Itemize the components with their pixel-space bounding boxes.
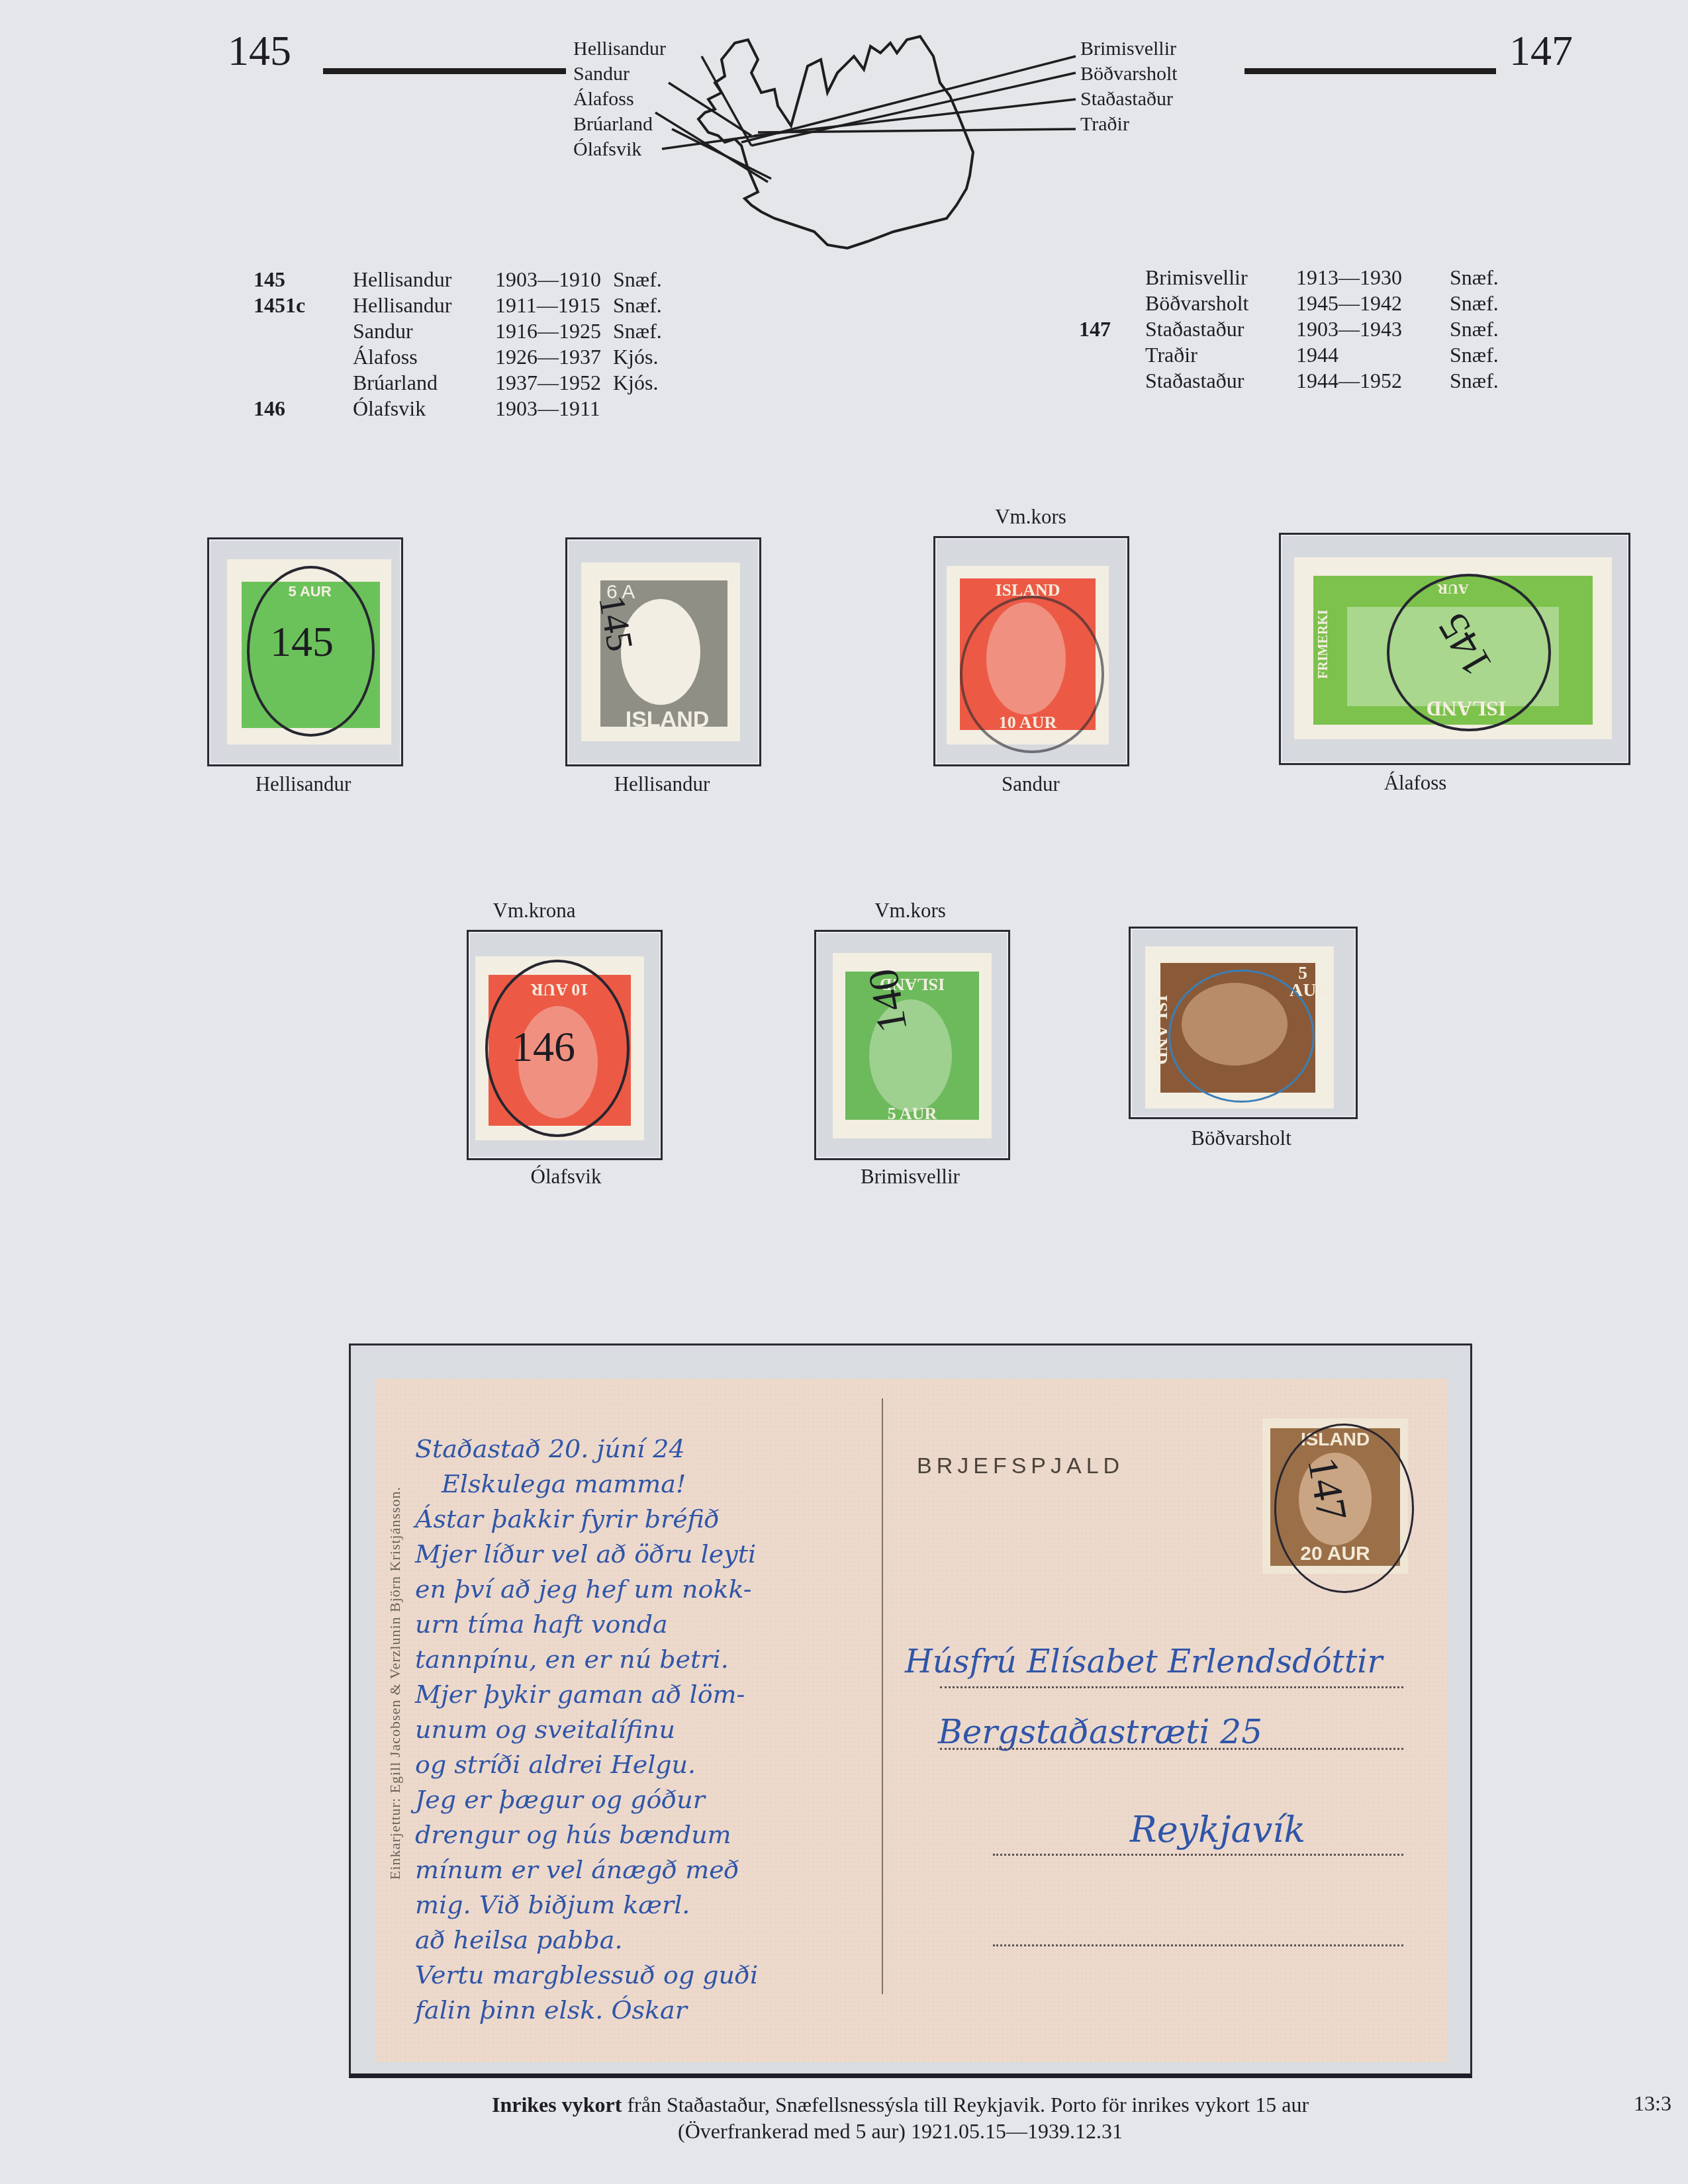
page-number-right: 147 xyxy=(1509,26,1573,75)
map-label: Böðvarsholt xyxy=(1080,62,1178,87)
stamp-caption: Ólafsvik xyxy=(531,1165,602,1189)
postmark-table-left: 145Hellisandur1903—1910Snæf. 1451cHellis… xyxy=(254,267,662,422)
postcard: Einkarjettur: Egill Jacobsen & Verzlunin… xyxy=(375,1379,1448,2062)
stamp-alafoss: ISLAND AUR FRIMERKI 145 xyxy=(1294,557,1612,739)
table-row: 145Hellisandur1903—1910Snæf. xyxy=(254,267,662,293)
table-row: 147Staðastaður1903—1943Snæf. xyxy=(1079,316,1499,342)
card-divider xyxy=(882,1398,883,1994)
stamp-sandur-10-aur: ISLAND 10 AUR xyxy=(947,566,1109,745)
stamp-caption: Böðvarsholt xyxy=(1191,1126,1291,1150)
address-rule xyxy=(940,1748,1403,1750)
watermark-note: Vm.kors xyxy=(995,505,1066,529)
map-label: Brimisvellir xyxy=(1080,36,1178,62)
address-line: Bergstaðastræti 25 xyxy=(938,1713,1262,1751)
address-rule xyxy=(993,1944,1403,1946)
postcard-caption: Inrikes vykort från Staðastaður, Snæfell… xyxy=(371,2091,1430,2144)
publisher-imprint: Einkarjettur: Egill Jacobsen & Verzlunin… xyxy=(387,1385,404,1981)
caption-bold: Inrikes vykort xyxy=(492,2093,622,2116)
watermark-note: Vm.kors xyxy=(874,899,946,923)
postcard-stamp-20-aur: ISLAND 20 AUR 147 xyxy=(1262,1418,1408,1574)
card-title: BRJEFSPJALD xyxy=(917,1453,1124,1479)
address-line: Húsfrú Elísabet Erlendsdóttir xyxy=(905,1643,1382,1680)
table-row: Brúarland1937—1952Kjós. xyxy=(254,370,662,396)
stamp-caption: Sandur xyxy=(1002,772,1060,796)
cancel-number: 146 xyxy=(512,1023,575,1071)
iceland-map-icon xyxy=(635,20,1086,258)
stamp-caption: Hellisandur xyxy=(256,772,352,796)
stamp-hellisandur-5-aur: 5 AUR 145 xyxy=(227,559,391,745)
postmark-table-right: Brimisvellir1913—1930Snæf. Böðvarsholt19… xyxy=(1079,265,1499,394)
header-rule-right xyxy=(1244,68,1496,74)
address-rule xyxy=(940,1686,1403,1688)
table-row: Álafoss1926—1937Kjós. xyxy=(254,344,662,370)
address-rule xyxy=(993,1854,1403,1856)
table-row: 146Ólafsvik1903—1911 xyxy=(254,396,662,422)
table-row: Staðastaður1944—1952Snæf. xyxy=(1079,368,1499,394)
stamp-side-text: FRIMERKI xyxy=(1316,610,1331,678)
handwritten-message: Staðastað 20. júní 24 Elskulega mamma! Á… xyxy=(415,1432,878,2028)
stamp-bodvarsholt-5-aur: 5 AUR ISLAND xyxy=(1145,946,1334,1109)
header-rule-left xyxy=(323,68,566,74)
table-row: Brimisvellir1913—1930Snæf. xyxy=(1079,265,1499,291)
table-row: Sandur1916—1925Snæf. xyxy=(254,318,662,344)
stamp-country: ISLAND xyxy=(1150,995,1171,1065)
stamp-hellisandur-6-a: 6 A ISLAND 145 xyxy=(581,563,740,741)
map-labels-right: Brimisvellir Böðvarsholt Staðastaður Tra… xyxy=(1080,36,1178,137)
map-label: Traðir xyxy=(1080,112,1178,137)
stamp-caption: Álafoss xyxy=(1384,771,1447,795)
watermark-note: Vm.krona xyxy=(493,899,576,923)
map-label: Staðastaður xyxy=(1080,87,1178,112)
stamp-caption: Brimisvellir xyxy=(861,1165,960,1189)
stamp-denomination: 5 AUR xyxy=(853,1104,972,1124)
page-reference: 13:3 xyxy=(1634,2091,1671,2116)
cancel-number: 145 xyxy=(270,617,334,666)
table-row: Traðir1944Snæf. xyxy=(1079,342,1499,368)
stamp-caption: Hellisandur xyxy=(614,772,710,796)
stamp-brimisvellir-5-aur: ISLAND 5 AUR 140 xyxy=(833,953,992,1138)
address-line: Reykjavík xyxy=(1130,1809,1305,1850)
table-row: 1451cHellisandur1911—1915Snæf. xyxy=(254,293,662,318)
stamp-olafsvik-10-aur: 10 AUR 146 xyxy=(475,956,644,1140)
page-number-left: 145 xyxy=(228,26,291,75)
table-row: Böðvarsholt1945—1942Snæf. xyxy=(1079,291,1499,316)
stamp-country: ISLAND xyxy=(601,707,733,733)
